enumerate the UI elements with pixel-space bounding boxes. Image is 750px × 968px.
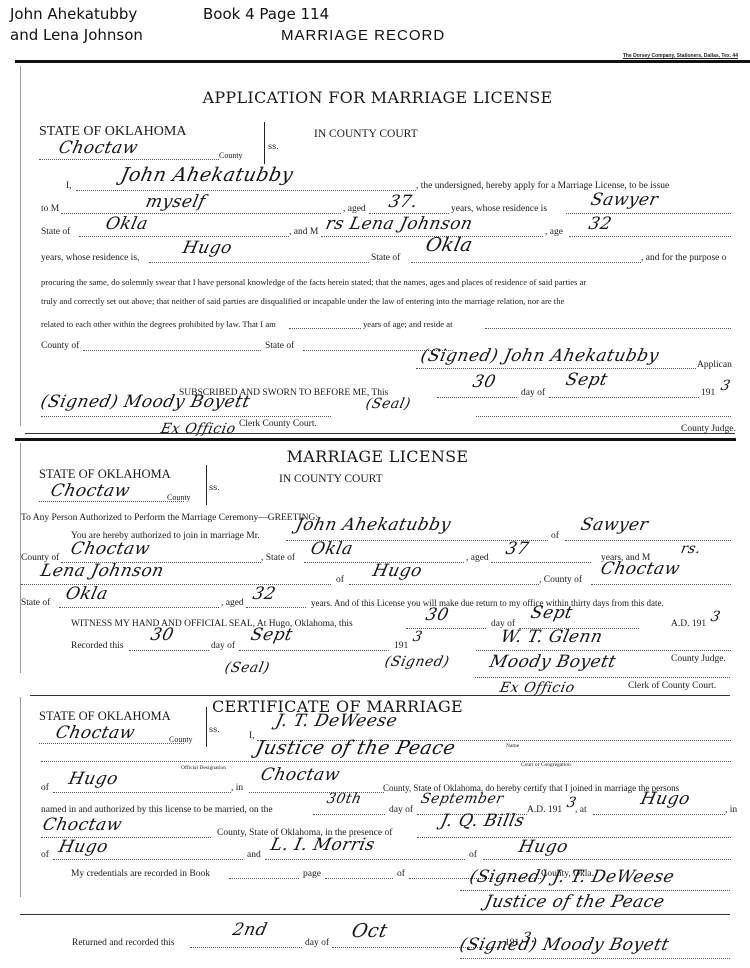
witness2-underline (265, 859, 465, 860)
section-divider-3 (20, 914, 730, 915)
cert-at-label: , at (575, 804, 587, 816)
married-day-underline (313, 814, 385, 815)
credentials-book-underline (229, 878, 299, 879)
state-of-label-3: State of (265, 340, 294, 352)
cert-in-label-2: , in (725, 804, 737, 816)
application-seal: (Seal) (364, 396, 412, 412)
license-section: MARRIAGE LICENSE STATE OF OKLAHOMA ss. I… (20, 443, 734, 673)
groom-age-underline (491, 562, 591, 563)
to-m-label: to M (41, 203, 59, 215)
application-county-label: County (219, 150, 243, 162)
returned-day-underline (190, 947, 302, 948)
recorded-month-underline (239, 650, 389, 651)
application-section: APPLICATION FOR MARRIAGE LICENSE STATE O… (20, 66, 734, 426)
bride-name-value: rs Lena Johnson (324, 214, 475, 234)
greeting-text: To Any Person Authorized to Perform the … (21, 512, 318, 524)
section-divider-thick (15, 438, 736, 441)
witness-day-value: 30 (424, 605, 451, 625)
recorded-day-underline (129, 650, 209, 651)
and-m-label: , and M (289, 226, 318, 238)
sworn-month-value: Sept (564, 370, 610, 390)
applicant-age-blank (289, 328, 361, 329)
witness2-value: L. I. Morris (269, 835, 377, 855)
license-county-label: County (167, 492, 191, 504)
applicant-state-value: Okla (104, 214, 150, 234)
recorded-label: Recorded this (71, 640, 124, 652)
recorded-day-of: day of (211, 640, 235, 652)
bride-res-underline (349, 584, 539, 585)
county-of-label: County of (41, 340, 79, 352)
license-bride-value: Lena Johnson (39, 561, 166, 581)
county2-value: Choctaw (41, 815, 124, 835)
to-m-underline (61, 213, 341, 214)
cert-page-label: page (303, 868, 321, 880)
sworn-month-underline (549, 397, 699, 398)
county-underline (39, 159, 219, 160)
license-of-label-2: of (336, 574, 344, 586)
cert-and-label: and (247, 849, 261, 861)
age-label: , age (545, 226, 563, 238)
officiant-name-value: J. T. DeWeese (274, 711, 399, 731)
bride-residence-value: Hugo (181, 238, 234, 258)
license-of-label: of (551, 530, 559, 542)
cert-ad-label: A.D. 191 (527, 804, 562, 816)
to-m-value: myself (144, 192, 208, 212)
license-title: MARRIAGE LICENSE (21, 447, 734, 466)
married-month-value: September (419, 791, 505, 807)
cert-in-label: , in (231, 782, 243, 794)
cert-of-label-4: of (397, 868, 405, 880)
designation-caption: Official Designation (181, 765, 226, 771)
recorded-year-prefix: 191 (394, 640, 408, 652)
record-title: MARRIAGE RECORD (281, 27, 445, 44)
certificate-ss: ss. (209, 725, 220, 734)
book-page-reference: Book 4 Page 114 (203, 4, 329, 25)
sworn-day-of: day of (521, 387, 545, 399)
license-groom-res-value: Sawyer (579, 515, 650, 535)
applicant-label: Applican (697, 359, 732, 371)
cert-in-underline (249, 792, 384, 793)
cert-of-label-2: of (41, 849, 49, 861)
license-clerk-label: Clerk of County Court. (628, 680, 716, 692)
applicant-residence-value: Sawyer (589, 190, 660, 210)
certificate-county-value: Choctaw (54, 723, 137, 743)
ex-officio-value: Ex Officio (159, 421, 237, 437)
witness2-res-underline (483, 859, 731, 860)
return-text: years. And of this License you will make… (311, 597, 664, 609)
cert-of-value: Hugo (67, 769, 120, 789)
license-state: STATE OF OKLAHOMA (39, 467, 171, 482)
application-court: IN COUNTY COURT (314, 128, 418, 140)
names-line-2: and Lena Johnson (10, 25, 143, 46)
license-county-value: Choctaw (49, 481, 132, 501)
state-of-label-2: State of (371, 252, 400, 264)
judge-signature: W. T. Glenn (499, 627, 605, 647)
bride-age-underline (246, 607, 306, 608)
returned-text: Returned and recorded this (72, 937, 175, 949)
application-title: APPLICATION FOR MARRIAGE LICENSE (21, 88, 734, 107)
license-groom-county-value: Choctaw (69, 539, 152, 559)
license-signed: (Signed) (383, 654, 451, 670)
credentials-page-underline (325, 878, 393, 879)
purpose-text: , and for the purpose o (641, 252, 726, 264)
applicant-underline (76, 190, 416, 191)
license-seal: (Seal) (223, 660, 271, 676)
oath-line-3b: years of age; and reside at (363, 318, 452, 330)
application-ss: ss. (268, 142, 279, 151)
recorded-day-value: 30 (149, 625, 176, 645)
certificate-brace (203, 707, 207, 747)
witness1-res-underline (53, 859, 243, 860)
application-brace (261, 122, 265, 164)
sworn-day-value: 30 (471, 372, 498, 392)
name-caption: Name (506, 743, 519, 749)
witness-text: WITNESS MY HAND AND OFFICIAL SEAL, At Hu… (71, 618, 353, 630)
clerk-signature: (Signed) Moody Boyett (39, 392, 252, 412)
oath-line-3a: related to each other within the degrees… (41, 318, 276, 330)
returned-month-value: Oct (350, 920, 390, 942)
applicant-age-value: 37. (387, 192, 420, 212)
printer-mark: The Dorsey Company, Stationers, Dallas, … (623, 53, 738, 59)
sworn-year-value: 3 (719, 378, 732, 394)
designation-value: Justice of the Peace (254, 737, 458, 759)
applicant-signature: (Signed) John Ahekatubby (419, 346, 661, 366)
applicant-name-value: John Ahekatubby (119, 164, 296, 186)
license-bride-county-value: Choctaw (599, 559, 682, 579)
license-groom-value: John Ahekatubby (294, 515, 453, 535)
license-groom-state-value: Okla (309, 539, 355, 559)
license-ss: ss. (209, 483, 220, 492)
license-ex-officio: Ex Officio (498, 680, 576, 696)
court-caption: Court or Congregation (521, 762, 571, 768)
license-aged-label: , aged (466, 552, 489, 564)
reside-at-blank (485, 328, 731, 329)
license-brace (203, 465, 207, 505)
bride-age-underline (569, 236, 731, 237)
bride-state-value: Okla (424, 234, 475, 256)
returned-day-value: 2nd (231, 920, 269, 940)
license-bride-res-value: Hugo (371, 561, 424, 581)
certificate-county-label: County (169, 734, 193, 746)
cert-in-county-value: Choctaw (259, 765, 342, 785)
officiant-title-value: Justice of the Peace (483, 892, 667, 912)
judge-sig-underline (476, 650, 731, 651)
sworn-year-prefix: 191 (701, 387, 715, 399)
bride-county-underline (591, 584, 731, 585)
bride-res-underline (149, 262, 369, 263)
witness1-res-value: Hugo (57, 837, 110, 857)
license-bride-state-value: Okla (64, 584, 110, 604)
witness-month-value: Sept (529, 603, 575, 623)
license-state-of-label-2: State of (21, 597, 50, 609)
cert-of-label-3: of (469, 849, 477, 861)
witness-ad-label: A.D. 191 (671, 618, 706, 630)
i-label: I, (66, 180, 72, 192)
certificate-state: STATE OF OKLAHOMA (39, 709, 171, 724)
bride-state-underline (59, 607, 219, 608)
license-county-of-label-2: , County of (539, 574, 582, 586)
license-judge-label: County Judge. (671, 653, 726, 665)
returned-day-of: day of (305, 937, 329, 949)
married-place-value: Hugo (639, 789, 692, 809)
license-title-value: rs. (679, 541, 702, 557)
license-aged-label-2: , aged (221, 597, 244, 609)
top-rule (15, 60, 750, 63)
county-of-blank (83, 350, 261, 351)
officiant-signature: (Signed) J. T. DeWeese (468, 867, 676, 887)
license-clerk-underline (475, 677, 730, 678)
state-underline (79, 236, 289, 237)
recorded-month-value: Sept (249, 625, 295, 645)
cert-of-label: of (41, 782, 49, 794)
license-groom-age-value: 37 (504, 539, 531, 559)
state-of-label: State of (41, 226, 70, 238)
application-county-value: Choctaw (57, 138, 140, 158)
officiant-sig-underline (460, 890, 730, 891)
years-residence-label: years, whose residence is, (41, 252, 139, 264)
witness2-res-value: Hugo (517, 837, 570, 857)
record-names: John Ahekatubby and Lena Johnson (10, 4, 143, 46)
certificate-county-underline (39, 743, 184, 744)
license-county-underline (39, 501, 184, 502)
signature-underline (416, 368, 696, 369)
section-divider-2 (30, 695, 730, 696)
cert-day-of: day of (389, 804, 413, 816)
oath-line-1: procuring the same, do solemnly swear th… (41, 276, 586, 288)
credentials-text: My credentials are recorded in Book (71, 868, 210, 880)
married-place-underline (593, 814, 725, 815)
witness1-underline (417, 837, 731, 838)
sworn-day-underline (437, 397, 517, 398)
section-divider-1 (25, 433, 735, 434)
license-bride-age-value: 32 (251, 584, 278, 604)
license-state-of-label: , State of (261, 552, 295, 564)
witness-year-value: 3 (709, 609, 722, 625)
groom-res-underline (565, 540, 731, 541)
clerk-label: Clerk County Court. (239, 418, 317, 430)
witness1-value: J. Q. Bills (439, 811, 526, 831)
oath-line-2: truly and correctly set out above; that … (41, 295, 564, 307)
license-clerk-signature: Moody Boyett (488, 652, 618, 672)
married-day-value: 30th (325, 791, 363, 807)
recorded-year-value: 3 (411, 629, 424, 645)
designation-underline (41, 761, 731, 762)
returned-sig-underline (460, 958, 730, 959)
bride-age-value: 32 (587, 214, 614, 234)
judge-underline (476, 416, 731, 417)
names-line-1: John Ahekatubby (10, 4, 143, 25)
cert-of-underline (53, 792, 231, 793)
bride-state-underline (411, 262, 641, 263)
license-court: IN COUNTY COURT (279, 473, 383, 485)
clerk-underline (41, 416, 331, 417)
returned-signature: (Signed) Moody Boyett (458, 935, 671, 955)
certificate-i-label: I, (249, 730, 255, 742)
